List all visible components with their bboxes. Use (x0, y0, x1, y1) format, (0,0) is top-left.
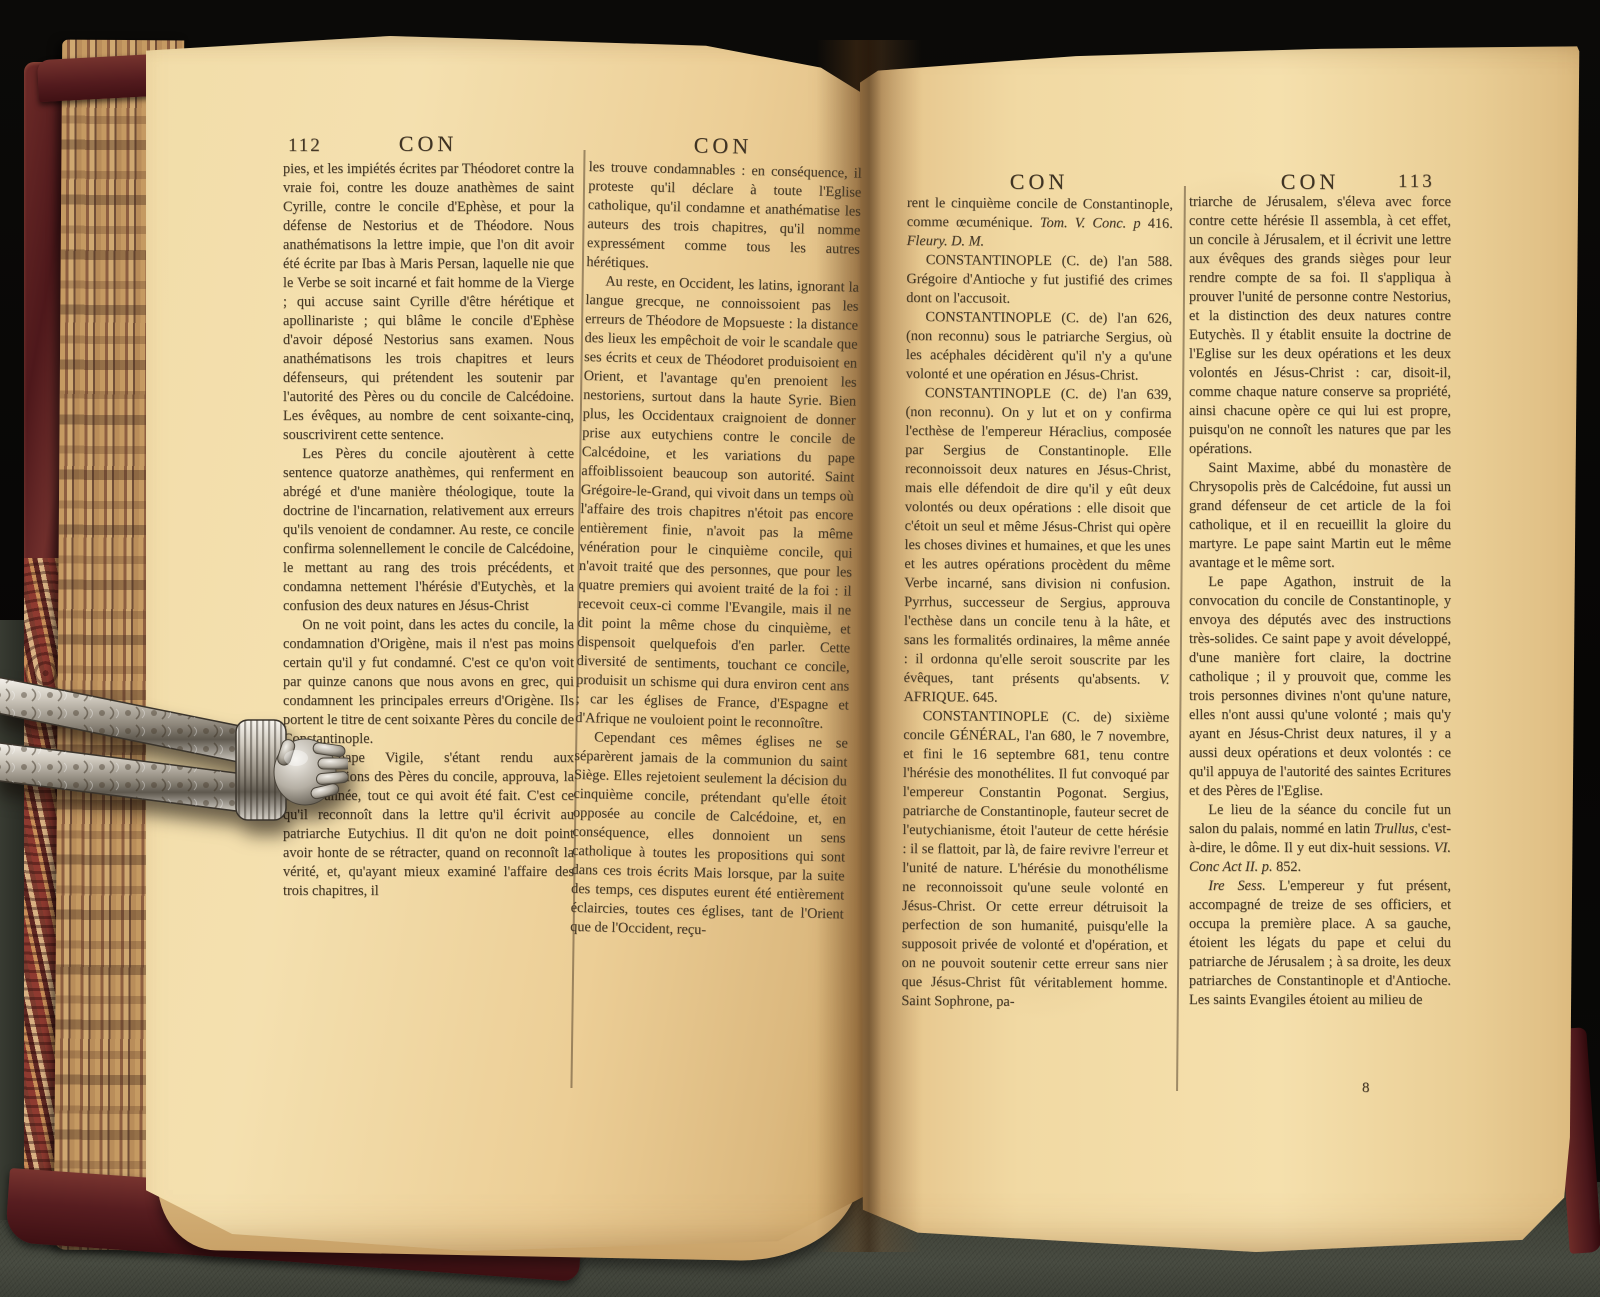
paragraph: Le lieu de la séance du concile fut un s… (1189, 801, 1451, 877)
paragraph: Les Pères du concile ajoutèrent à cette … (283, 445, 574, 616)
paragraph: Cependant ces mêmes églises ne se séparè… (570, 728, 848, 944)
text-column-4: triarche de Jérusalem, s'éleva avec forc… (1189, 193, 1451, 1010)
paragraph: les trouve condamnables : en conséquence… (586, 158, 862, 279)
paragraph: pies, et les impiétés écrites par Théodo… (283, 160, 574, 445)
running-head-con: CON (1250, 169, 1370, 195)
text-column-3: rent le cinquième concile de Constantino… (901, 194, 1173, 1013)
running-head-con: CON (283, 131, 573, 157)
running-head-con: CON (905, 169, 1173, 195)
paragraph: Le pape Agathon, instruit de la convocat… (1189, 573, 1451, 801)
paragraph: CONSTANTINOPLE (C. de) l'an 626, (non re… (906, 308, 1173, 386)
paragraph: Au reste, en Occident, les latins, ignor… (575, 272, 859, 735)
photo-scene: 112 CON CON pies, et les impiétés écrite… (0, 0, 1600, 1297)
silver-hand-clasp-icon (0, 650, 348, 842)
page-number-113: 113 (1398, 171, 1435, 193)
paragraph: Ire Sess. L'empereur y fut présent, acco… (1189, 877, 1451, 1010)
paragraph: CONSTANTINOPLE (C. de) sixième concile G… (901, 707, 1169, 1013)
paragraph: triarche de Jérusalem, s'éleva avec forc… (1189, 193, 1451, 459)
paragraph: rent le cinquième concile de Constantino… (907, 194, 1173, 253)
paragraph: CONSTANTINOPLE (C. de) l'an 639, (non re… (903, 384, 1171, 709)
signature-mark: 8 (1362, 1080, 1370, 1097)
paragraph: CONSTANTINOPLE (C. de) l'an 588. Grégoir… (906, 251, 1172, 310)
paragraph: Saint Maxime, abbé du monastère de Chrys… (1189, 459, 1451, 573)
text-column-2: les trouve condamnables : en conséquence… (570, 158, 862, 943)
